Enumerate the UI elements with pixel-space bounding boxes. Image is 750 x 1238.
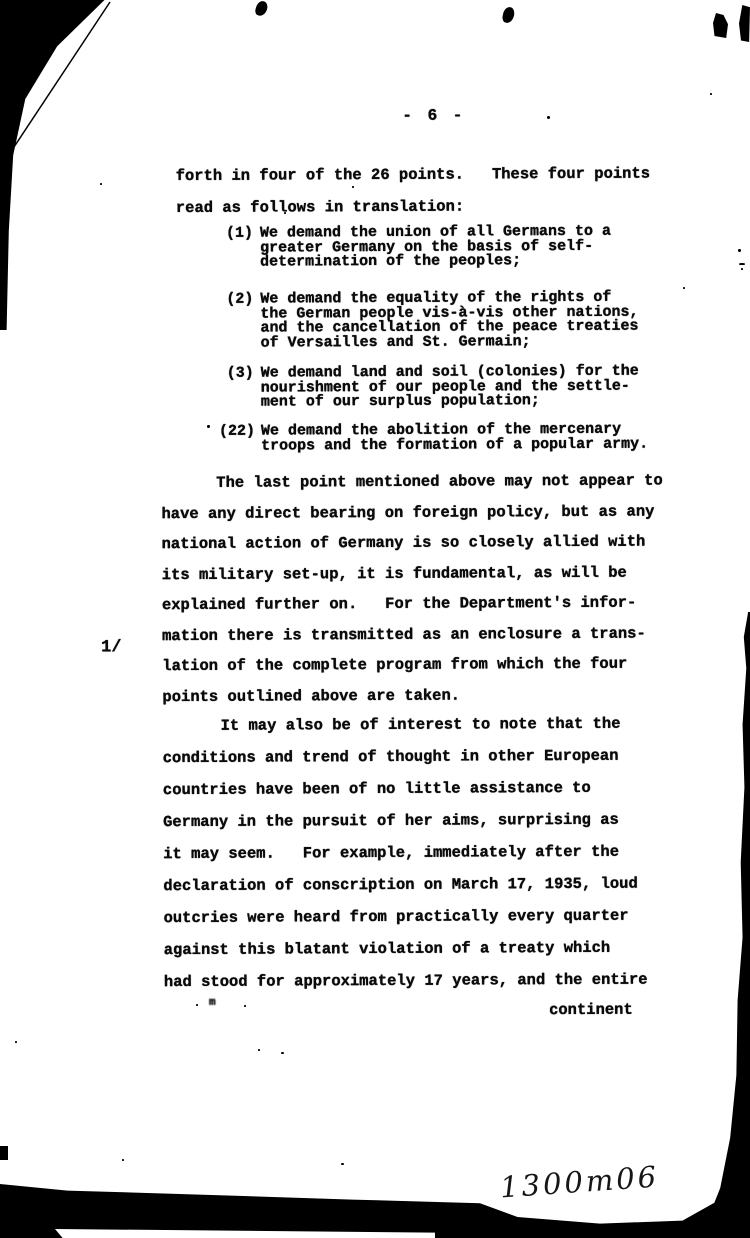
point-text: We demand the union of all Germans to a … <box>260 224 670 270</box>
speckle <box>710 93 712 95</box>
catchword-continent: continent <box>549 1001 633 1019</box>
list-item-point-22: (22) We demand the abolition of the merc… <box>0 422 749 426</box>
speckle <box>739 263 745 265</box>
speckle <box>477 244 479 246</box>
point-number: (22) <box>219 425 255 440</box>
speckle <box>352 186 354 188</box>
speckle <box>738 249 741 252</box>
speckle <box>122 1159 124 1161</box>
point-text: We demand the equality of the rights of … <box>260 290 670 351</box>
list-item-point-3: (3) We demand land and soil (colonies) f… <box>0 364 749 368</box>
speckle <box>741 268 743 270</box>
speckle <box>244 1005 246 1007</box>
speckle <box>281 1052 284 1054</box>
page-number: - 6 - <box>402 107 465 125</box>
speckle <box>284 212 286 214</box>
point-number: (1) <box>226 227 253 242</box>
speckle <box>258 1049 260 1051</box>
scanned-document-page: - 6 - forth in four of the 26 points. Th… <box>0 0 750 1238</box>
speckle <box>15 1041 17 1043</box>
point-number: (3) <box>227 367 254 382</box>
speckle <box>683 287 685 289</box>
paragraph-intro: forth in four of the 26 points. These fo… <box>176 157 696 224</box>
speckle <box>207 425 210 428</box>
speckle <box>341 1163 344 1165</box>
paragraph-interest: It may also be of interest to note that … <box>162 707 704 998</box>
speckle <box>12 131 15 135</box>
point-text: We demand the abolition of the mercenary… <box>261 422 671 454</box>
list-item-point-2: (2) We demand the equality of the rights… <box>0 290 748 294</box>
crease-line-artifact <box>0 0 130 160</box>
speckle <box>100 183 102 185</box>
list-item-point-1: (1) We demand the union of all Germans t… <box>0 224 748 228</box>
ink-smudge-mark: m <box>209 997 216 1009</box>
left-edge-mark <box>0 1146 8 1160</box>
speckle <box>547 116 550 119</box>
margin-reference-note: 1/ <box>101 638 122 657</box>
typed-text-layer: - 6 - forth in four of the 26 points. Th… <box>0 0 750 1238</box>
point-number: (2) <box>226 293 253 308</box>
paragraph-last-point: The last point mentioned above may not a… <box>161 465 702 712</box>
point-text: We demand land and soil (colonies) for t… <box>261 364 671 410</box>
speckle <box>196 1004 198 1006</box>
